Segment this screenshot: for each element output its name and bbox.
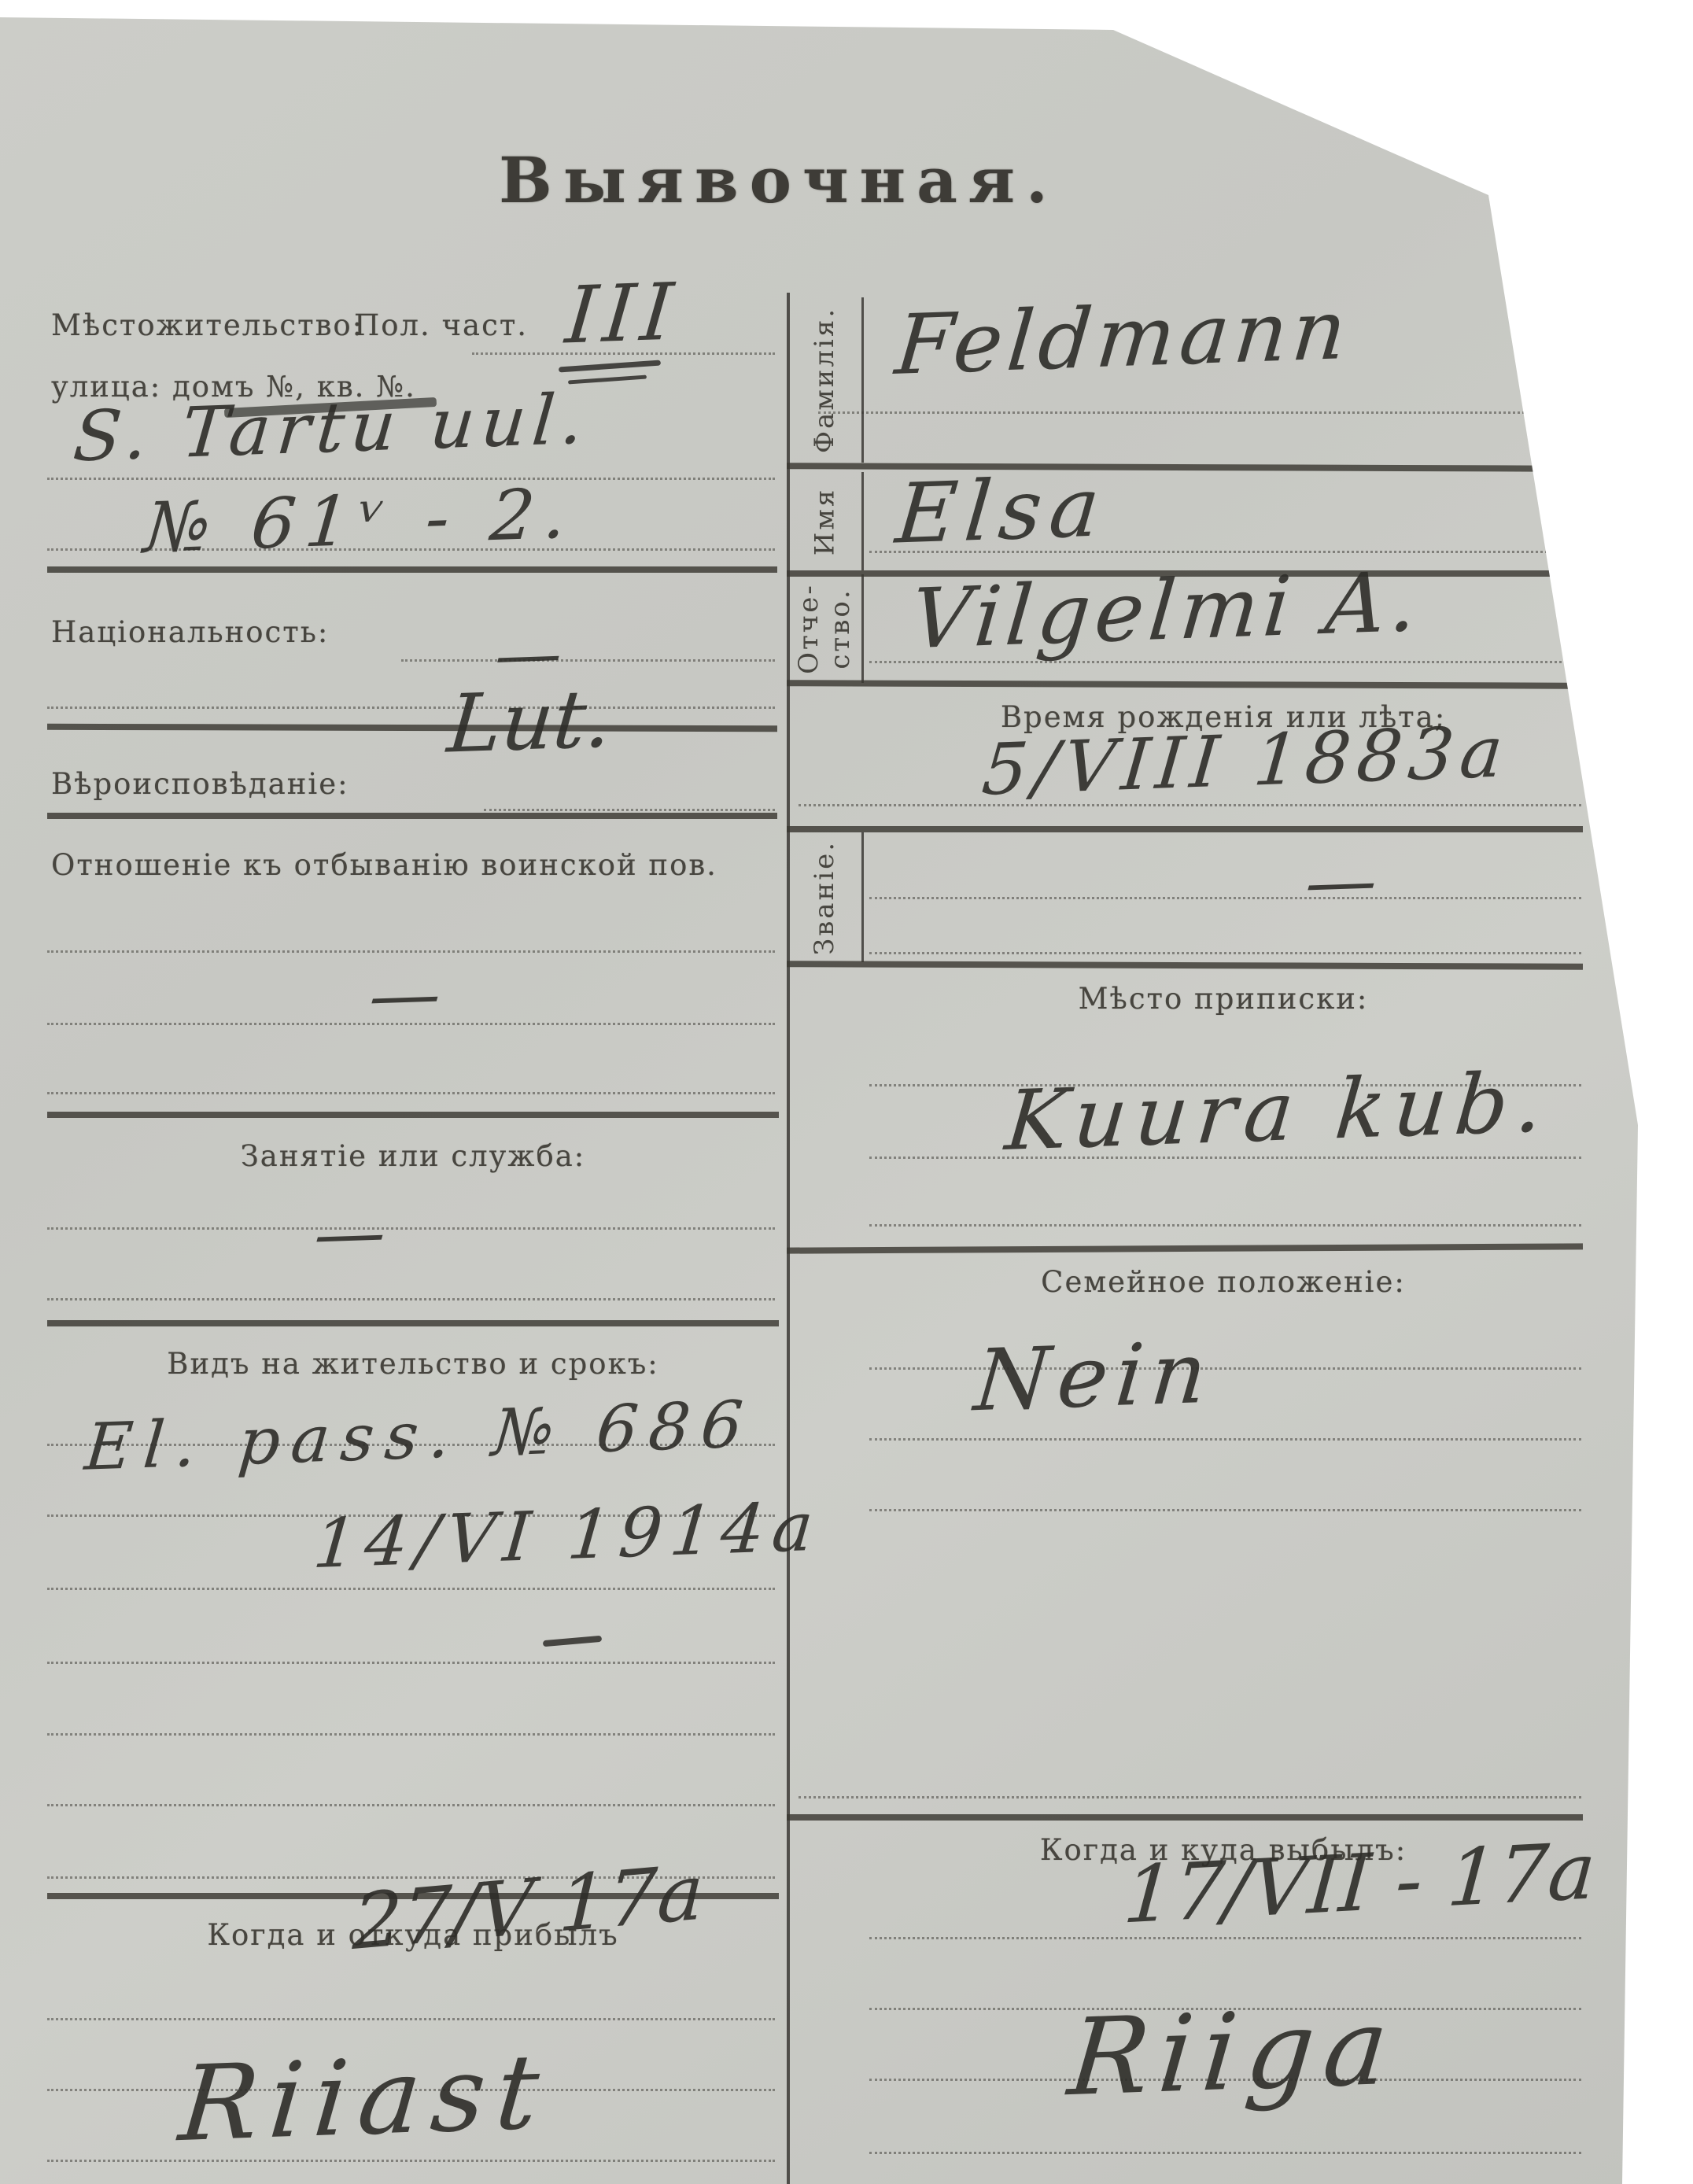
dotted-line — [47, 1733, 775, 1736]
arrived-handwritten-line2: Riiast — [175, 2031, 555, 2165]
dotted-line — [799, 1796, 1581, 1798]
card-title: Выявочная. — [385, 143, 1172, 217]
label-box-line — [861, 472, 864, 570]
rank-label-box: Званіе. — [788, 832, 861, 962]
permit-handwritten-line1: El. pass. № 686 — [82, 1387, 757, 1485]
dotted-line — [869, 1438, 1581, 1441]
rank-handwritten: — — [1302, 839, 1381, 924]
religion-label: Вѣроисповѣданіе: — [51, 767, 349, 801]
dotted-line — [47, 1227, 775, 1230]
rule-line — [787, 680, 1583, 689]
family-status-label: Семейное положеніе: — [865, 1265, 1581, 1299]
dotted-line — [47, 1662, 775, 1664]
registration-place-label: Мѣсто приписки: — [865, 982, 1581, 1016]
dotted-line — [818, 411, 1581, 414]
military-service-label: Отношеніе къ отбыванію воинской пов. — [51, 848, 717, 882]
name-label: Имя — [809, 487, 840, 555]
dotted-line — [47, 1092, 775, 1094]
pen-stroke — [543, 1636, 602, 1647]
departed-handwritten-line2: Riiga — [1064, 1985, 1402, 2119]
dotted-line — [799, 804, 1581, 806]
surname-label-box: Фамилія. — [788, 297, 861, 463]
rule-line — [47, 1320, 779, 1326]
rank-label: Званіе. — [809, 839, 840, 954]
surname-handwritten: Feldmann — [892, 282, 1355, 393]
occupation-label: Занятіе или служба: — [47, 1139, 779, 1173]
residence-permit-label: Видъ на жительство и срокъ: — [47, 1347, 779, 1381]
nationality-label: Національность: — [51, 615, 329, 649]
patronymic-label-line1: Отче- — [793, 583, 824, 674]
police-part-handwritten: III — [562, 266, 683, 362]
pen-stroke — [559, 360, 661, 372]
permit-handwritten-line2: 14/VI 1914a — [310, 1488, 824, 1584]
patronymic-label-box: Отче- ство. — [788, 574, 861, 683]
rule-line — [787, 961, 1583, 970]
dotted-line — [47, 706, 775, 709]
registration-card-paper: Выявочная. Мѣстожительство: Пол. част. I… — [0, 0, 1693, 2184]
registration-place-handwritten: Kuura kub. — [1001, 1054, 1555, 1169]
street-handwritten-line1: S. Tartu uul. — [70, 378, 592, 478]
rule-line — [787, 826, 1583, 832]
name-label-box: Имя — [788, 472, 861, 570]
dotted-line — [869, 1509, 1581, 1511]
surname-label: Фамилія. — [809, 307, 840, 453]
dotted-line — [484, 809, 775, 811]
rule-line — [47, 813, 777, 819]
label-box-line — [861, 832, 864, 962]
patronymic-label-line2: ство. — [824, 583, 856, 674]
dotted-line — [47, 1588, 775, 1590]
dotted-line — [47, 1298, 775, 1300]
patronymic-handwritten: Vilgelmi A. — [907, 554, 1426, 667]
religion-handwritten: Lut. — [444, 672, 615, 771]
dotted-line — [47, 950, 775, 953]
street-handwritten-line2: № 61ᵛ - 2. — [141, 473, 579, 569]
dotted-line — [401, 659, 775, 662]
birth-date-handwritten: 5/VIII 1883a — [979, 710, 1512, 811]
dotted-line — [869, 2152, 1581, 2154]
family-status-handwritten: Nein — [971, 1324, 1219, 1430]
dotted-line — [47, 2018, 775, 2020]
dotted-line — [47, 1804, 775, 1806]
occupation-handwritten: — — [311, 1190, 389, 1275]
military-service-handwritten: — — [366, 952, 444, 1037]
label-box-line — [861, 297, 864, 463]
police-part-label: Пол. част. — [354, 308, 528, 342]
label-box-line — [861, 574, 864, 683]
dotted-line — [869, 1224, 1581, 1227]
dotted-line — [869, 1937, 1581, 1939]
residence-label: Мѣстожительство: — [51, 308, 363, 342]
rule-line — [47, 724, 777, 732]
rule-line — [47, 1112, 779, 1118]
dotted-line — [869, 952, 1581, 954]
rule-line — [787, 1243, 1583, 1253]
dotted-line — [869, 897, 1581, 899]
name-handwritten: Elsa — [892, 459, 1111, 562]
rule-line — [787, 1814, 1583, 1821]
dotted-line — [47, 2160, 775, 2162]
